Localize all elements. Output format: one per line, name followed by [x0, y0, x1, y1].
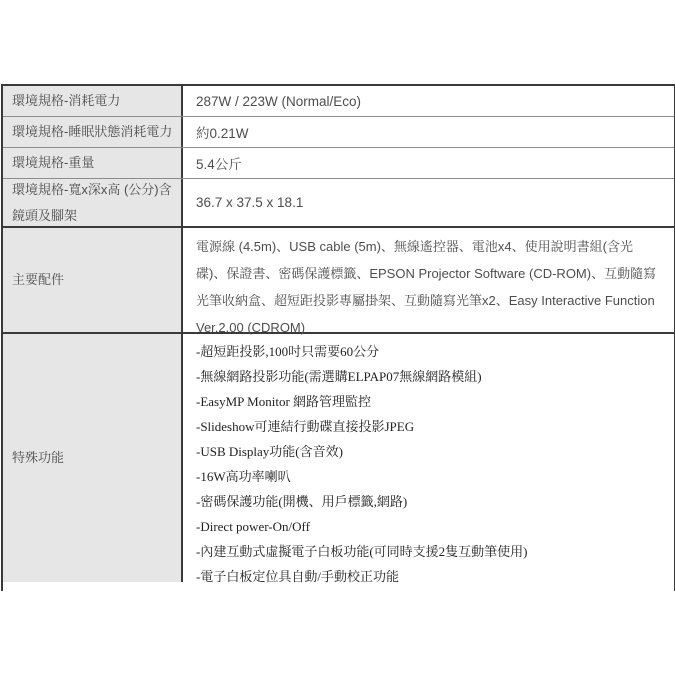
- spec-label-dimensions: 環境規格-寬x深x高 (公分)含鏡頭及腳架: [3, 179, 183, 226]
- feature-line: -Slideshow可連結行動碟直接投影JPEG: [196, 414, 660, 439]
- feature-line: -EasyMP Monitor 網路管理監控: [196, 389, 660, 414]
- spec-value-accessories: 電源線 (4.5m)、USB cable (5m)、無線遙控器、電池x4、使用說…: [183, 228, 674, 332]
- feature-line: -內建互動式虛擬電子白板功能(可同時支援2隻互動筆使用): [196, 539, 660, 564]
- spec-row-weight: 環境規格-重量 5.4公斤: [3, 148, 674, 179]
- product-spec-image: 環境規格-消耗電力 287W / 223W (Normal/Eco) 環境規格-…: [0, 0, 675, 675]
- feature-line: -無線網路投影功能(需選購ELPAP07無線網路模組): [196, 364, 660, 389]
- feature-line: -16W高功率喇叭: [196, 464, 660, 489]
- spec-value-weight: 5.4公斤: [183, 148, 674, 178]
- spec-row-dimensions: 環境規格-寬x深x高 (公分)含鏡頭及腳架 36.7 x 37.5 x 18.1: [3, 179, 674, 228]
- feature-line: -密碼保護功能(開機、用戶標籤,網路): [196, 489, 660, 514]
- spec-value-dimensions: 36.7 x 37.5 x 18.1: [183, 179, 674, 226]
- spec-value-special-functions: -超短距投影,100吋只需要60公分 -無線網路投影功能(需選購ELPAP07無…: [183, 334, 674, 582]
- spec-label-accessories: 主要配件: [3, 228, 183, 332]
- spec-row-special-functions: 特殊功能 -超短距投影,100吋只需要60公分 -無線網路投影功能(需選購ELP…: [3, 334, 674, 582]
- spec-row-accessories: 主要配件 電源線 (4.5m)、USB cable (5m)、無線遙控器、電池x…: [3, 228, 674, 334]
- feature-line: -USB Display功能(含音效): [196, 439, 660, 464]
- spec-table: 環境規格-消耗電力 287W / 223W (Normal/Eco) 環境規格-…: [1, 84, 675, 591]
- spec-row-sleep-power: 環境規格-睡眠狀態消耗電力 約0.21W: [3, 117, 674, 148]
- spec-label-sleep-power: 環境規格-睡眠狀態消耗電力: [3, 117, 183, 147]
- feature-line: -超短距投影,100吋只需要60公分: [196, 339, 660, 364]
- feature-line: -Direct power-On/Off: [196, 514, 660, 539]
- spec-label-weight: 環境規格-重量: [3, 148, 183, 178]
- spec-value-sleep-power: 約0.21W: [183, 117, 674, 147]
- spec-label-power: 環境規格-消耗電力: [3, 86, 183, 116]
- spec-value-power: 287W / 223W (Normal/Eco): [183, 86, 674, 116]
- feature-line: -電子白板定位具自動/手動校正功能: [196, 564, 660, 589]
- spec-row-power: 環境規格-消耗電力 287W / 223W (Normal/Eco): [3, 86, 674, 117]
- spec-label-special-functions: 特殊功能: [3, 334, 183, 582]
